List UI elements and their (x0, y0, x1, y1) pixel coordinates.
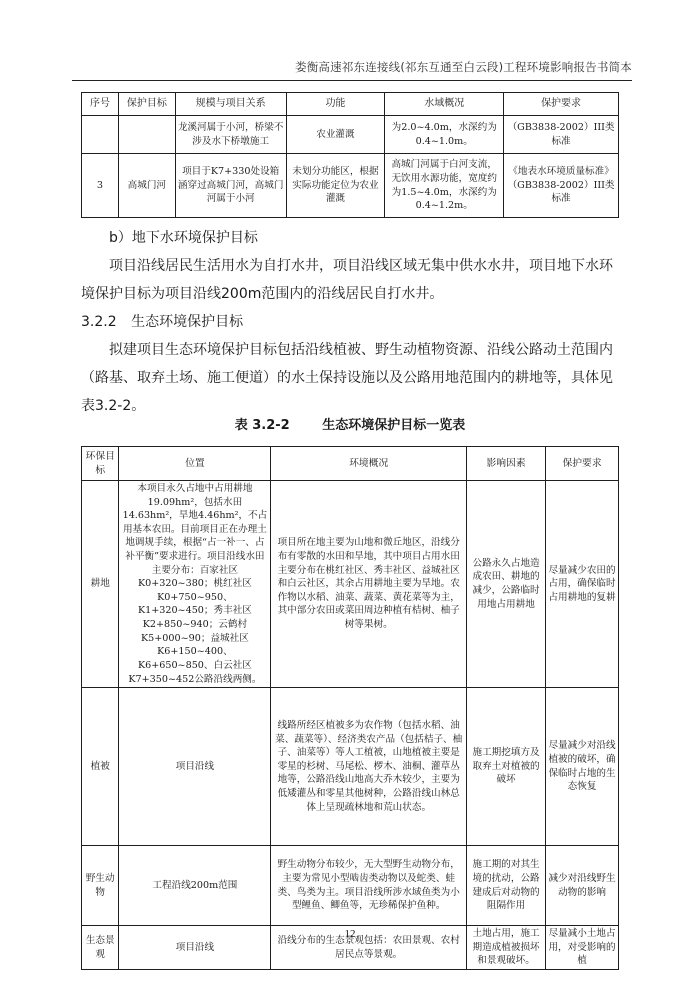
column-header: 环境概况 (271, 447, 467, 481)
table-row: 耕地 本项目永久占地中占用耕地19.09hm²，包括水田14.63hm²，旱地4… (82, 481, 619, 688)
column-header: 保护要求 (546, 447, 619, 481)
paragraph-groundwater: 项目沿线居民生活用水为自打水井，项目沿线区域无集中供水水井，项目地下水环境保护目… (81, 252, 621, 308)
table-row: 龙溪河属于小河，桥梁不涉及水下桥墩施工 农业灌溉 为2.0~4.0m，水深约为0… (82, 116, 619, 154)
cell-no (82, 116, 119, 154)
column-header: 功能 (286, 93, 385, 116)
cell-location: 本项目永久占地中占用耕地19.09hm²，包括水田14.63hm²，旱地4.46… (119, 481, 271, 688)
cell-target: 植被 (82, 688, 119, 846)
cell-requirement: 尽量减少农田的占用，确保临时占用耕地的复耕 (546, 481, 619, 688)
table-row: 野生动物 工程沿线200m范围 野生动物分布较少，无大型野生动物分布，主要为常见… (82, 846, 619, 926)
cell-target: 耕地 (82, 481, 119, 688)
cell-requirement: （GB3838-2002）III类标准 (504, 116, 619, 154)
table-row: 3 高城门河 项目于K7+330处设箱涵穿过高城门河，高城门河属于小河 未划分功… (82, 154, 619, 218)
cell-factor: 施工期的对其生境的扰动，公路建成后对动物的阻隔作用 (467, 846, 546, 926)
page-header: 娄衡高速祁东连接线(祁东互通至白云段)工程环境影响报告书简本 (72, 56, 632, 81)
cell-no: 3 (82, 154, 119, 218)
column-header: 环保目标 (82, 447, 119, 481)
cell-location: 工程沿线200m范围 (119, 846, 271, 926)
cell-water: 为2.0~4.0m，水深约为0.4~1.0m。 (385, 116, 504, 154)
column-header: 规模与项目关系 (175, 93, 286, 116)
table-title: 生态环境保护目标一览表 (322, 418, 465, 433)
column-header: 保护要求 (504, 93, 619, 116)
water-protection-table-continued: 序号 保护目标 规模与项目关系 功能 水域概况 保护要求 龙溪河属于小河，桥梁不… (81, 92, 619, 218)
ecology-protection-table: 环保目标 位置 环境概况 影响因素 保护要求 耕地 本项目永久占地中占用耕地19… (81, 446, 619, 970)
cell-location: 项目沿线 (119, 688, 271, 846)
cell-factor: 公路永久占地造成农田、耕地的减少，公路临时用地占用耕地 (467, 481, 546, 688)
subsection-heading-groundwater: b）地下水环境保护目标 (81, 224, 621, 252)
cell-relation: 项目于K7+330处设箱涵穿过高城门河，高城门河属于小河 (175, 154, 286, 218)
cell-target: 高城门河 (118, 154, 175, 218)
table-number: 表 3.2-2 (235, 418, 290, 433)
page-number: 12 (0, 928, 700, 940)
cell-environment: 野生动物分布较少，无大型野生动物分布，主要为常见小型啮齿类动物以及蛇类、蛙类、鸟… (271, 846, 467, 926)
cell-relation: 龙溪河属于小河，桥梁不涉及水下桥墩施工 (175, 116, 286, 154)
cell-water: 高城门河属于白河支流，无饮用水源功能，宽度约为1.5~4.0m，水深约为0.4~… (385, 154, 504, 218)
cell-function: 农业灌溉 (286, 116, 385, 154)
column-header: 保护目标 (118, 93, 175, 116)
section-number: 3.2.2 (81, 314, 117, 330)
cell-requirement: 减少对沿线野生动物的影响 (546, 846, 619, 926)
column-header: 序号 (82, 93, 119, 116)
column-header: 影响因素 (467, 447, 546, 481)
table-caption: 表 3.2-2 生态环境保护目标一览表 (0, 414, 700, 433)
cell-requirement: 《地表水环境质量标准》（GB3838-2002）III类标准 (504, 154, 619, 218)
cell-function: 未划分功能区，根据实际功能定位为农业灌溉 (286, 154, 385, 218)
cell-environment: 项目所在地主要为山地和微丘地区，沿线分布有零散的水田和旱地，其中项目占用水田主要… (271, 481, 467, 688)
table-header-row: 环保目标 位置 环境概况 影响因素 保护要求 (82, 447, 619, 481)
column-header: 位置 (119, 447, 271, 481)
cell-environment: 线路所经区植被多为农作物（包括水稻、油菜、蔬菜等）、经济类农产品（包括桔子、柚子… (271, 688, 467, 846)
section-heading-ecology: 3.2.2 生态环境保护目标 (81, 308, 621, 336)
cell-requirement: 尽量减少对沿线植被的破坏，确保临时占地的生态恢复 (546, 688, 619, 846)
document-title: 娄衡高速祁东连接线(祁东互通至白云段)工程环境影响报告书简本 (295, 59, 632, 75)
table-header-row: 序号 保护目标 规模与项目关系 功能 水域概况 保护要求 (82, 93, 619, 116)
section-title: 生态环境保护目标 (131, 314, 243, 330)
cell-factor: 施工期挖填方及取弃土对植被的破坏 (467, 688, 546, 846)
paragraph-ecology: 拟建项目生态环境保护目标包括沿线植被、野生动植物资源、沿线公路动土范围内（路基、… (81, 336, 621, 420)
cell-target: 野生动物 (82, 846, 119, 926)
column-header: 水域概况 (385, 93, 504, 116)
cell-target (118, 116, 175, 154)
table-row: 植被 项目沿线 线路所经区植被多为农作物（包括水稻、油菜、蔬菜等）、经济类农产品… (82, 688, 619, 846)
